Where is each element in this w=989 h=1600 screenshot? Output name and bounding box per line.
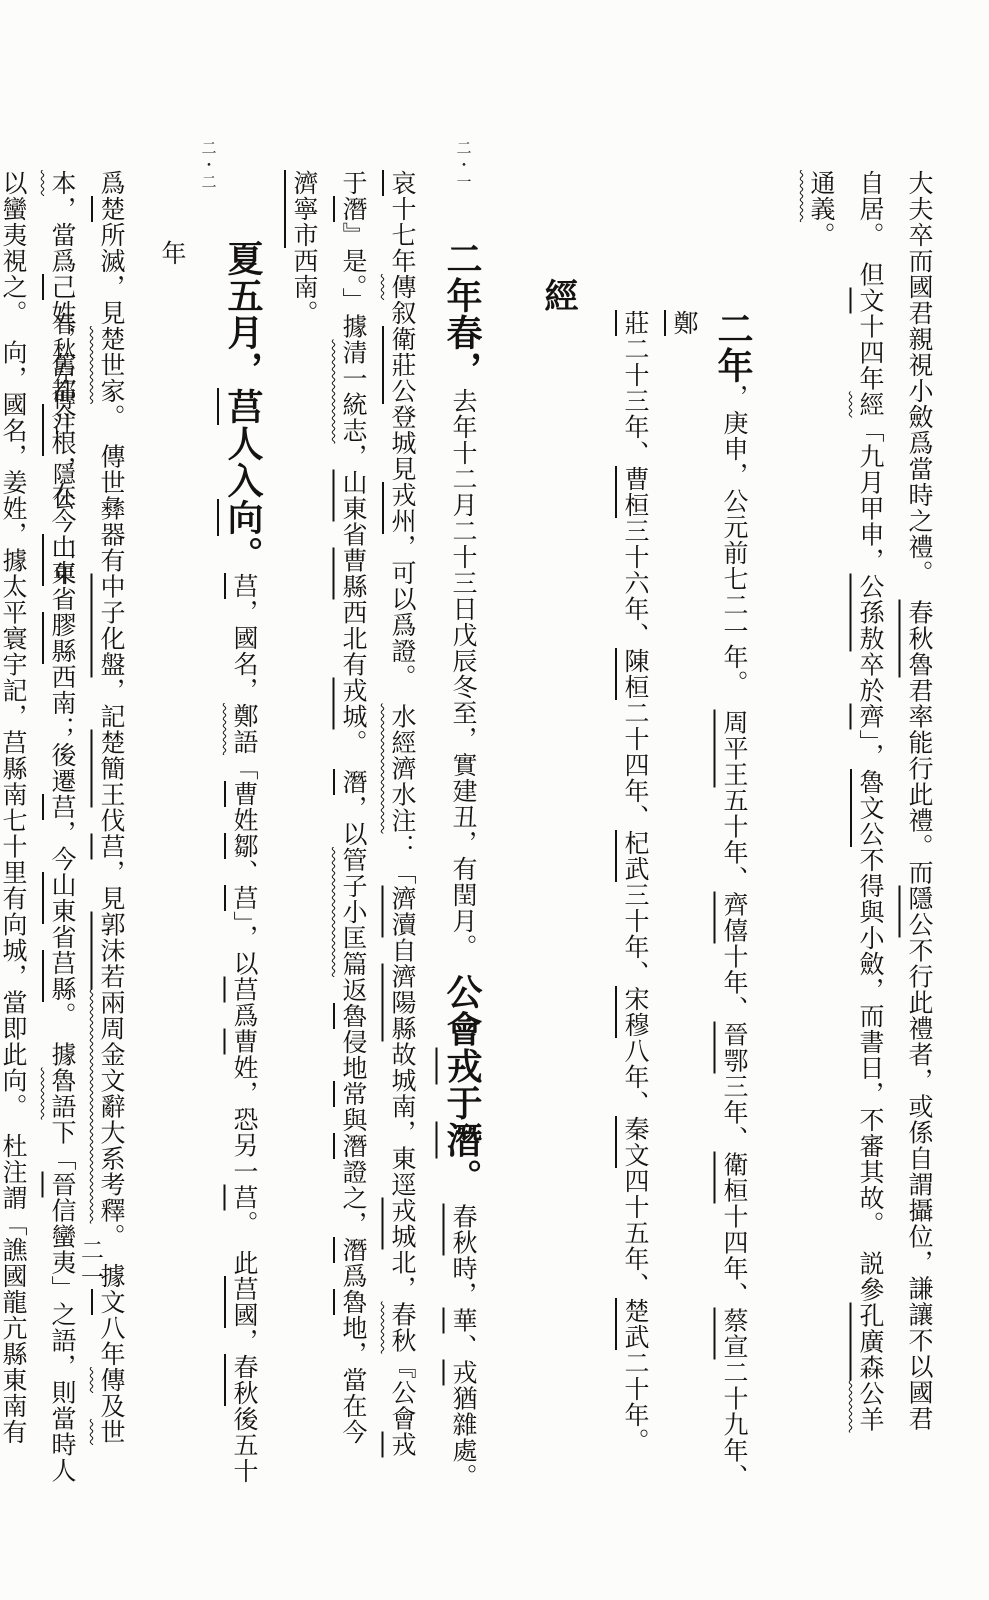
proper-name-text: 戎州 xyxy=(388,482,415,534)
proper-name-text: 文 xyxy=(856,288,883,314)
body-text: 返 xyxy=(339,977,366,1003)
book-title-text: 公羊 xyxy=(856,1381,883,1433)
proper-name-text: 姜 xyxy=(0,470,26,496)
proper-name-text: 中子化盤 xyxy=(97,574,124,678)
body-text: 姓，據 xyxy=(0,496,26,574)
body-text: 十七年 xyxy=(388,196,415,274)
body-text: 十四年 xyxy=(856,314,883,392)
text-column: 二・二夏五月，莒人入向。莒，國名，鄭語「曹姓鄒、莒」，以莒爲曹姓，恐另一莒。 此… xyxy=(135,240,279,1500)
text-column: 莊二十三年、曹桓三十六年、陳桓二十四年、杞武三十年、宋穆八年、秦文四十五年、楚武… xyxy=(610,310,659,1500)
text-column: 濟寧市西南。 xyxy=(279,170,328,1500)
book-title-text: 楚世家 xyxy=(97,326,124,404)
text-column: 自居。 但文十四年經「九月甲申，公孫敖卒於齊」，魯文公不得與小斂，而書日，不審其… xyxy=(845,170,894,1500)
body-text: 于 xyxy=(442,1085,482,1122)
body-text: 八年、 xyxy=(621,1038,648,1116)
proper-name-text: 晉 xyxy=(48,1172,75,1198)
body-text: 。 xyxy=(442,1159,482,1178)
body-text: 十四年、 xyxy=(720,1204,747,1308)
body-text: 爲 xyxy=(339,1263,366,1289)
proper-name-text: 莒 xyxy=(230,1185,257,1211)
proper-name-text: 周平王 xyxy=(720,710,747,788)
body-text: 。 此 xyxy=(230,1211,257,1277)
book-title-text: 通義 xyxy=(807,170,834,222)
body-text: 北， xyxy=(388,1250,415,1302)
body-text: 卒於 xyxy=(856,652,883,704)
body-text: 時， xyxy=(449,1256,476,1308)
body-text: ，當即此 xyxy=(0,964,26,1068)
proper-name-text: 向 xyxy=(223,499,263,536)
body-text: 登城見 xyxy=(388,404,415,482)
book-title-text: 管子小匡篇 xyxy=(339,847,366,977)
body-text: ， xyxy=(230,1328,257,1354)
proper-name-text: 莊 xyxy=(621,310,648,336)
book-title-text: 魯語 xyxy=(48,1068,75,1120)
proper-name-text: 常 xyxy=(339,1081,366,1107)
body-text: ，庚申，公元前七二一年。 xyxy=(720,384,747,710)
proper-name-text: 蔡宣 xyxy=(720,1308,747,1360)
body-text: 東南有 xyxy=(0,1367,26,1445)
body-text: 二十三年、 xyxy=(621,336,648,466)
proper-name-text: 春秋 xyxy=(230,1354,257,1406)
proper-name-text: 山東 xyxy=(339,470,366,522)
body-text: 公會 xyxy=(442,974,482,1048)
page-number: 二一 xyxy=(74,1238,107,1292)
proper-name-text: 楚 xyxy=(97,196,124,222)
proper-name-text: 向城 xyxy=(0,912,26,964)
proper-name-text: 曹 xyxy=(230,1029,257,1055)
body-text: 下「 xyxy=(48,1120,75,1172)
book-page-scan: 大夫卒而國君親視小斂爲當時之禮。 春秋魯君率能行此禮。而隱公不行此禮者，或係自謂… xyxy=(0,0,989,1600)
proper-name-text: 魯 xyxy=(339,1289,366,1315)
proper-name-text: 公孫敖 xyxy=(856,574,883,652)
body-text: 八年 xyxy=(97,1315,124,1367)
proper-name-text: 濟寧市 xyxy=(290,170,317,248)
body-text: 以蠻夷視之。 xyxy=(0,170,26,340)
body-text: 信蠻夷」之語，則當時人 xyxy=(48,1198,75,1484)
body-text: 」， xyxy=(856,730,883,770)
proper-name-text: 莒 xyxy=(230,573,257,599)
proper-name-text: 山東 xyxy=(48,872,75,924)
body-text: 及 xyxy=(97,1393,124,1419)
body-text: ，記 xyxy=(97,678,124,730)
body-text: 。 xyxy=(807,222,834,248)
proper-name-text: 陳桓 xyxy=(621,648,648,700)
proper-name-text: 莒縣 xyxy=(48,950,75,1002)
body-text: 三十六年、 xyxy=(621,518,648,648)
proper-name-text: 戎 xyxy=(388,1432,415,1458)
book-title-text: 水經濟水注 xyxy=(388,704,415,834)
proper-name-text: 潛 xyxy=(339,1133,366,1159)
proper-name-text: 魯 xyxy=(339,1003,366,1029)
body-text: 姓，恐另一 xyxy=(230,1055,257,1185)
proper-name-text: 鄭 xyxy=(670,310,697,336)
body-text: ，國名， xyxy=(230,599,257,703)
body-text: 西北有 xyxy=(339,600,366,678)
proper-name-text: 潛 xyxy=(442,1122,482,1159)
body-text: ，國名， xyxy=(0,366,26,470)
text-column: 二年，庚申，公元前七二一年。 周平王五十年、齊僖十年、晉鄂三年、衛桓十四年、蔡宣… xyxy=(659,310,758,1500)
text-block: 大夫卒而國君親視小斂爲當時之禮。 春秋魯君率能行此禮。而隱公不行此禮者，或係自謂… xyxy=(0,170,943,1500)
proper-name-text: 衛桓 xyxy=(720,1152,747,1204)
proper-name-text: 春秋 xyxy=(449,1204,476,1256)
body-text: 。 xyxy=(339,730,366,770)
proper-name-text: 楚簡王 xyxy=(97,730,124,808)
book-title-text: 傳 xyxy=(97,1367,124,1393)
jing-heading: 經 xyxy=(532,278,582,1500)
body-text: 『公會 xyxy=(388,1354,415,1432)
body-text: 侵地 xyxy=(339,1029,366,1081)
entry-2-1: 二・一二年春，去年十二月二十三日戊辰冬至，實建丑，有閏月。 公會戎于潛。 春秋時… xyxy=(279,170,498,1500)
body-text: 大夫卒而國君親視小斂爲當時之禮。 xyxy=(905,170,932,600)
proper-name-text: 華 xyxy=(449,1308,476,1334)
proper-name-text: 莒 xyxy=(230,885,257,911)
text-column: 哀十七年傳叙衛莊公登城見戎州，可以爲證。 水經濟水注：「濟瀆自濟陽縣故城南，東逕… xyxy=(377,170,426,1500)
body-text: 君率能行此禮。而 xyxy=(905,678,932,886)
body-text: 南七十里有 xyxy=(0,782,26,912)
body-text: ，以 xyxy=(339,795,366,847)
body-text: 人入 xyxy=(223,425,263,499)
body-text: 伐 xyxy=(97,808,124,834)
body-text: 證之， xyxy=(339,1159,366,1237)
proper-name-text: 向 xyxy=(0,1068,26,1094)
proper-name-text: 魯文公 xyxy=(856,769,883,847)
body-text: 省 xyxy=(48,586,75,612)
body-text: ，當爲 xyxy=(48,196,75,274)
proper-name-text: 莒 xyxy=(223,388,263,425)
text-column: 爲楚所滅，見楚世家。 傳世彝器有中子化盤，記楚簡王伐莒，見郭沫若兩周金文辭大系考… xyxy=(86,170,135,1500)
proper-name-text: 濟瀆 xyxy=(388,886,415,938)
body-text: ， xyxy=(339,444,366,470)
body-text: 地，當在今 xyxy=(339,1315,366,1445)
entry-marker: 二・一 xyxy=(454,140,471,191)
proper-name-text: 哀 xyxy=(388,170,415,196)
body-text: 所滅，見 xyxy=(97,222,124,326)
book-title-text: 經 xyxy=(856,392,883,418)
entry-2-2: 二・二夏五月，莒人入向。莒，國名，鄭語「曹姓鄒、莒」，以莒爲曹姓，恐另一莒。 此… xyxy=(0,170,279,1500)
proper-name-text: 秦文 xyxy=(621,1116,648,1168)
body-text: 、 xyxy=(449,1334,476,1360)
body-text: 猶雜處。 xyxy=(449,1386,476,1490)
proper-name-text: 莒縣 xyxy=(0,730,26,782)
body-text: 夏五月， xyxy=(223,240,263,388)
body-text: 三年、 xyxy=(720,1074,747,1152)
body-text: 二十年。 xyxy=(621,1350,648,1454)
proper-name-text: 衛莊公 xyxy=(388,326,415,404)
proper-name-text: 晉鄂 xyxy=(720,1022,747,1074)
body-text: 。 傳世彝器有 xyxy=(97,404,124,574)
proper-name-text: 向 xyxy=(0,340,26,366)
text-column: 于潛』是。」據清一統志，山東省曹縣西北有戎城。 潛，以管子小匡篇返魯侵地常與潛證… xyxy=(328,170,377,1500)
proper-name-text: 戎城 xyxy=(388,1198,415,1250)
body-text: 二十四年、 xyxy=(621,700,648,830)
text-column: 大夫卒而國君親視小斂爲當時之禮。 春秋魯君率能行此禮。而隱公不行此禮者，或係自謂… xyxy=(894,170,943,1500)
note-xiaolian-rite: 大夫卒而國君親視小斂爲當時之禮。 春秋魯君率能行此禮。而隱公不行此禮者，或係自謂… xyxy=(796,170,943,1500)
proper-name-text: 曹桓 xyxy=(621,466,648,518)
book-title-text: 太平寰宇記 xyxy=(0,574,26,704)
body-text: 叙 xyxy=(388,300,415,326)
body-text: 省 xyxy=(48,924,75,950)
book-title-text: 注 xyxy=(0,1159,26,1185)
body-text: 于 xyxy=(339,170,366,196)
body-text: 姓 xyxy=(230,807,257,833)
proper-name-text: 己 xyxy=(48,274,75,300)
book-title-text: 本 xyxy=(48,170,75,196)
entry-marker: 二・二 xyxy=(199,140,216,191)
text-column: 二・一二年春，去年十二月二十三日戊辰冬至，實建丑，有閏月。 公會戎于潛。 春秋時… xyxy=(426,240,498,1500)
body-text: 不行此禮者，或係自謂攝位，謙讓不以國君 xyxy=(905,938,932,1432)
body-text: 三十年、 xyxy=(621,882,648,986)
body-text: 、 xyxy=(230,859,257,885)
proper-name-text: 濟陽縣 xyxy=(388,964,415,1042)
body-text: 」，以 xyxy=(230,911,257,977)
proper-name-text: 莒國 xyxy=(230,1276,257,1328)
proper-name-text: 楚武 xyxy=(621,1298,648,1350)
proper-name-text: 春秋 xyxy=(905,600,932,652)
body-text: 爲 xyxy=(230,1003,257,1029)
book-title-text: 清一統志 xyxy=(339,340,366,444)
proper-name-text: 莒 xyxy=(230,977,257,1003)
body-text: 四十五年、 xyxy=(621,1168,648,1298)
book-title-text: 傳 xyxy=(388,274,415,300)
proper-name-text: 譙國龍亢縣 xyxy=(0,1237,26,1367)
proper-name-text: 杜 xyxy=(0,1133,26,1159)
proper-name-text: 戎 xyxy=(449,1360,476,1386)
body-text: ：「 xyxy=(388,834,415,886)
proper-name-text: 潛 xyxy=(339,196,366,222)
proper-name-text: 文 xyxy=(97,1289,124,1315)
body-text: 與 xyxy=(339,1107,366,1133)
book-title-text: 春秋 xyxy=(388,1302,415,1354)
body-text: 。 據 xyxy=(48,1002,75,1068)
text-column: 以蠻夷視之。 向，國名，姜姓，據太平寰宇記，莒縣南七十里有向城，當即此向。 杜注… xyxy=(0,170,37,1500)
proper-name-text: 齊僖 xyxy=(720,892,747,944)
proper-name-text: 鄒 xyxy=(230,833,257,859)
body-text: 十年、 xyxy=(720,944,747,1022)
body-text: 故城南，東逕 xyxy=(388,1042,415,1198)
proper-name-text: 杞武 xyxy=(621,830,648,882)
body-text: ，可以爲證。 xyxy=(388,534,415,704)
proper-name-text: 孔廣森 xyxy=(856,1303,883,1381)
proper-name-text: 宋穆 xyxy=(621,986,648,1038)
book-title-text: 鄭語 xyxy=(230,703,257,755)
body-text: 自居。 但 xyxy=(856,170,883,288)
body-text: 「九月甲申， xyxy=(856,418,883,574)
body-text: 。 xyxy=(223,536,263,573)
proper-name-text: 隱公 xyxy=(905,886,932,938)
body-text: 二十九年、 xyxy=(720,1360,747,1490)
body-text: 「 xyxy=(230,755,257,781)
running-title: 春秋左傳注 隱公 二年 xyxy=(46,312,79,587)
body-text: 』是。」據 xyxy=(339,222,366,340)
body-text: ，今 xyxy=(48,820,75,872)
proper-name-text: 莒 xyxy=(48,794,75,820)
body-text: 。 xyxy=(0,1094,26,1134)
proper-name-text: 郭沫若 xyxy=(97,912,124,990)
proper-name-text: 潛 xyxy=(339,769,366,795)
body-text: ，見 xyxy=(97,860,124,912)
proper-name-text: 魯 xyxy=(905,652,932,678)
body-text: 謂「 xyxy=(0,1185,26,1237)
body-text: 五十年、 xyxy=(720,788,747,892)
body-text: 西南；後遷 xyxy=(48,664,75,794)
body-text: 不得與小斂，而書日，不審其故。 説參 xyxy=(856,847,883,1303)
book-title-text: 兩周金文辭大系考釋 xyxy=(97,990,124,1224)
proper-name-text: 潛 xyxy=(339,1237,366,1263)
body-text: 二年 xyxy=(713,310,753,384)
text-column: 通義。 xyxy=(796,170,845,1500)
proper-name-text: 戎城 xyxy=(339,678,366,730)
body-text: 二年春， xyxy=(442,240,482,388)
body-text: 西南。 xyxy=(290,248,317,326)
proper-name-text: 曹縣 xyxy=(339,548,366,600)
body-text: 爲 xyxy=(97,170,124,196)
body-text: 省 xyxy=(339,522,366,548)
body-text: ， xyxy=(0,704,26,730)
proper-name-text: 齊 xyxy=(856,704,883,730)
proper-name-text: 曹 xyxy=(230,781,257,807)
body-text xyxy=(449,1178,476,1204)
proper-name-text: 莒 xyxy=(97,834,124,860)
year-line: 二年，庚申，公元前七二一年。 周平王五十年、齊僖十年、晉鄂三年、衛桓十四年、蔡宣… xyxy=(610,170,758,1500)
body-text: 自 xyxy=(388,938,415,964)
proper-name-text: 膠縣 xyxy=(48,612,75,664)
proper-name-text: 戎 xyxy=(442,1048,482,1085)
body-text: 去年十二月二十三日戊辰冬至，實建丑，有閏月。 xyxy=(449,388,476,974)
book-title-text: 世 xyxy=(97,1419,124,1445)
